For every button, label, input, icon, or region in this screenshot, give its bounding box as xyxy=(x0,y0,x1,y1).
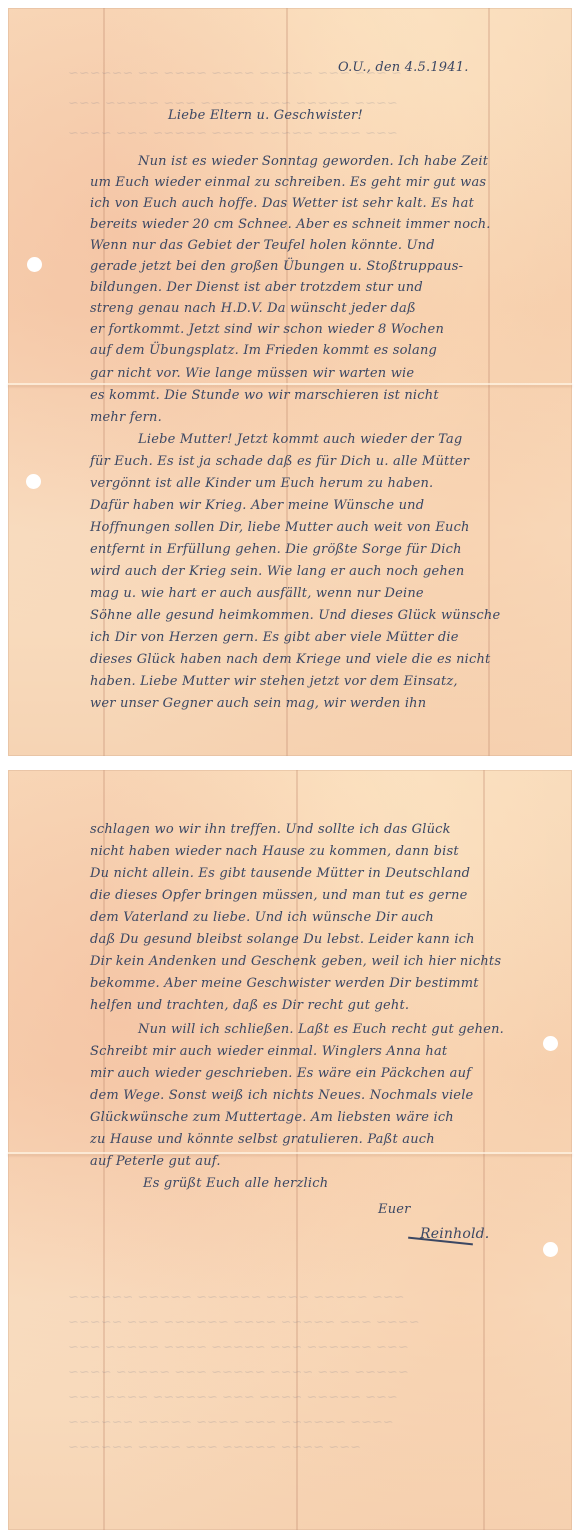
letter-line: Hoffnungen sollen Dir, liebe Mutter auch… xyxy=(90,520,470,535)
letter-line: mir auch wieder geschrieben. Es wäre ein… xyxy=(90,1066,471,1081)
letter-line: wird auch der Krieg sein. Wie lang er au… xyxy=(90,564,464,579)
letter-line: vergönnt ist alle Kinder um Euch herum z… xyxy=(90,476,433,491)
letter-line: Dir kein Andenken und Geschenk geben, we… xyxy=(90,954,501,969)
letter-line: Nun ist es wieder Sonntag geworden. Ich … xyxy=(138,154,488,169)
letter-line: nicht haben wieder nach Hause zu kommen,… xyxy=(90,844,459,859)
letter-line: Du nicht allein. Es gibt tausende Mütter… xyxy=(90,866,470,881)
letter-salutation: Liebe Eltern u. Geschwister! xyxy=(168,108,363,123)
letter-date: O.U., den 4.5.1941. xyxy=(338,60,469,75)
letter-line: es kommt. Die Stunde wo wir marschieren … xyxy=(90,388,439,403)
punch-hole xyxy=(26,474,41,489)
bleed-through-text: ~~~ ~~~~~ ~~~~ ~~~~~~ ~~~~~ ~~~~~~ xyxy=(68,1290,405,1305)
letter-line: um Euch wieder einmal zu schreiben. Es g… xyxy=(90,175,486,190)
bleed-through-text: ~~~ ~~~~~ ~~~~ ~~~ ~~~~~~ ~~~~ ~~~ xyxy=(68,1390,398,1405)
punch-hole xyxy=(27,257,42,272)
paper-fold xyxy=(483,770,485,1530)
letter-line: gerade jetzt bei den großen Übungen u. S… xyxy=(90,259,463,274)
letter-line: daß Du gesund bleibst solange Du lebst. … xyxy=(90,932,475,947)
paper-fold xyxy=(8,383,572,385)
letter-line: streng genau nach H.D.V. Da wünscht jede… xyxy=(90,301,416,316)
letter-line: Nun will ich schließen. Laßt es Euch rec… xyxy=(138,1022,504,1037)
letter-line: bereits wieder 20 cm Schnee. Aber es sch… xyxy=(90,217,491,232)
letter-line: Dafür haben wir Krieg. Aber meine Wünsch… xyxy=(90,498,424,513)
letter-line: bekomme. Aber meine Geschwister werden D… xyxy=(90,976,479,991)
letter-line: entfernt in Erfüllung gehen. Die größte … xyxy=(90,542,462,557)
bleed-through-text: ~~~~~ ~~~ ~~~~ ~~~~~ ~~~ ~~~~~ ~~~~ xyxy=(68,1365,409,1380)
punch-hole xyxy=(543,1036,558,1051)
letter-valediction: Euer xyxy=(378,1202,411,1217)
letter-line: ich von Euch auch hoffe. Das Wetter ist … xyxy=(90,196,474,211)
letter-line: auf dem Übungsplatz. Im Frieden kommt es… xyxy=(90,343,437,358)
bleed-through-text: ~~~ ~~~~ ~~~~~ ~~~ ~~~~ ~~~~~~ xyxy=(68,1440,361,1455)
letter-line: auf Peterle gut auf. xyxy=(90,1154,221,1169)
bleed-through-text: ~~~ ~~~~ ~~~~~ ~~~~ ~~~~~ ~~~ ~~~~ xyxy=(68,126,398,141)
letter-line: er fortkommt. Jetzt sind wir schon wiede… xyxy=(90,322,444,337)
letter-line: wer unser Gegner auch sein mag, wir werd… xyxy=(90,696,426,711)
bleed-through-text: ~~~ ~~~~~~ ~~~ ~~~~~ ~~~~ ~~~~~ ~~~ xyxy=(68,1340,409,1355)
letter-line: schlagen wo wir ihn treffen. Und sollte … xyxy=(90,822,451,837)
letter-line: Wenn nur das Gebiet der Teufel holen kön… xyxy=(90,238,435,253)
letter-line: dieses Glück haben nach dem Kriege und v… xyxy=(90,652,491,667)
letter-page-1: ~ ~~~ ~~~ ~~~~~ ~~~~ ~~~~ ~~ ~~~~~~ ~~~~… xyxy=(8,8,572,756)
letter-line: Schreibt mir auch wieder einmal. Wingler… xyxy=(90,1044,447,1059)
bleed-through-text: ~~~~ ~~~ ~~~~~ ~~~~ ~~~~~~ ~~~ ~~~~~ xyxy=(68,1315,420,1330)
letter-line: ich Dir von Herzen gern. Es gibt aber vi… xyxy=(90,630,459,645)
letter-page-2: ~~~ ~~~~~ ~~~~ ~~~~~~ ~~~~~ ~~~~~~ ~~~~ … xyxy=(8,770,572,1530)
letter-line: zu Hause und könnte selbst gratulieren. … xyxy=(90,1132,435,1147)
punch-hole xyxy=(543,1242,558,1257)
letter-line: dem Vaterland zu liebe. Und ich wünsche … xyxy=(90,910,434,925)
paper-fold xyxy=(488,8,490,756)
letter-line: haben. Liebe Mutter wir stehen jetzt vor… xyxy=(90,674,458,689)
letter-line: mag u. wie hart er auch ausfällt, wenn n… xyxy=(90,586,424,601)
letter-line: für Euch. Es ist ja schade daß es für Di… xyxy=(90,454,469,469)
letter-line: die dieses Opfer bringen müssen, und man… xyxy=(90,888,468,903)
letter-line: gar nicht vor. Wie lange müssen wir wart… xyxy=(90,366,414,381)
letter-line: Glückwünsche zum Muttertage. Am liebsten… xyxy=(90,1110,454,1125)
letter-line: dem Wege. Sonst weiß ich nichts Neues. N… xyxy=(90,1088,473,1103)
letter-closing: Es grüßt Euch alle herzlich xyxy=(143,1176,328,1191)
letter-line: bildungen. Der Dienst ist aber trotzdem … xyxy=(90,280,423,295)
letter-line: helfen und trachten, daß es Dir recht gu… xyxy=(90,998,409,1013)
letter-line: mehr fern. xyxy=(90,410,162,425)
bleed-through-text: ~~~~ ~~~~~~ ~~~ ~~~~ ~~~~~ ~~~~~~ xyxy=(68,1415,394,1430)
letter-line: Liebe Mutter! Jetzt kommt auch wieder de… xyxy=(138,432,462,447)
letter-line: Söhne alle gesund heimkommen. Und dieses… xyxy=(90,608,500,623)
